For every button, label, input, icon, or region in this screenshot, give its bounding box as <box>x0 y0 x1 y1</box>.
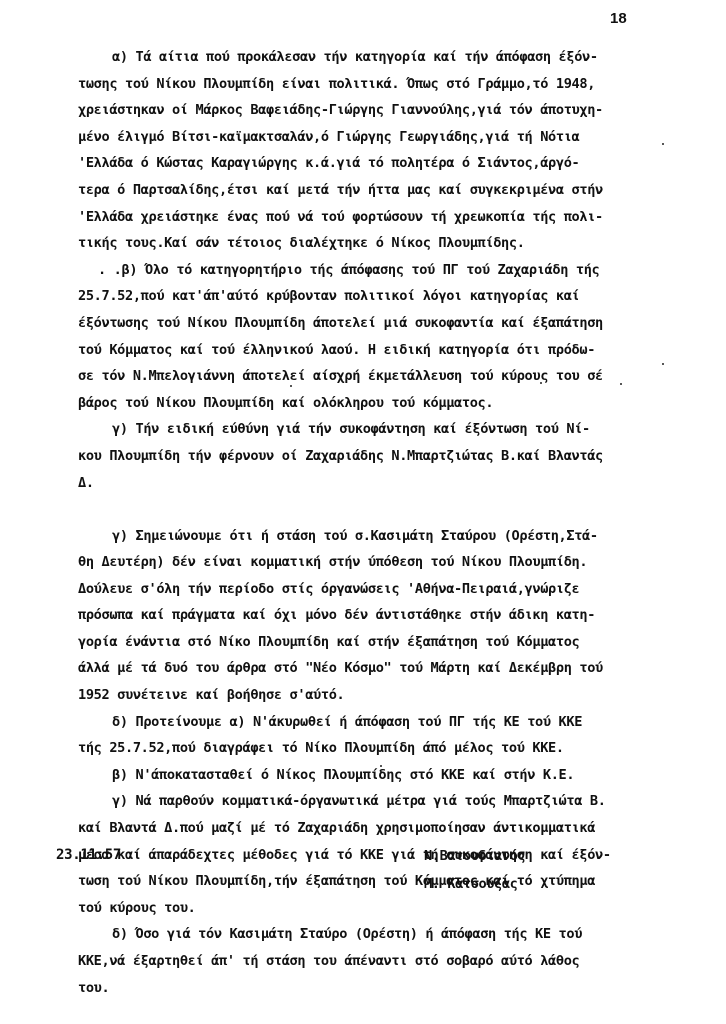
scan-speck <box>290 385 292 387</box>
text-line: γ) Σημειώνουμε ότι ή στάση τού σ.Κασιμάτ… <box>78 523 698 550</box>
text-line: του. <box>78 975 698 1002</box>
scan-speck <box>662 143 664 145</box>
scan-speck <box>380 765 382 767</box>
text-line: πρόσωπα καί πράγματα καί όχι μόνο δέν άν… <box>78 602 698 629</box>
text-line: 1952 συνέτεινε καί βοήθησε σ'αύτό. <box>78 682 698 709</box>
text-line: Δούλευε σ'όλη τήν περίοδο στίς όργανώσει… <box>78 576 698 603</box>
text-line: σε τόν Ν.Μπελογιάννη άποτελεί αίσχρή έκμ… <box>78 363 698 390</box>
signatory-1: Ν.Βατουδιανός <box>424 842 525 870</box>
text-line: άλλά μέ τά δυό του άρθρα στό "Νέο Κόσμο"… <box>78 655 698 682</box>
document-page: 18 α) Τά αίτια πού προκάλεσαν τήν κατηγο… <box>0 0 726 1024</box>
text-line: γ) Νά παρθούν κομματικά-όργανωτικά μέτρα… <box>78 788 698 815</box>
text-line: β) Ν'άποκατασταθεί ό Νίκος Πλουμπίδης στ… <box>78 762 698 789</box>
scan-speck <box>480 775 482 777</box>
document-date: 23.11.57 <box>56 847 121 863</box>
text-line: τωση τού Νίκου Πλουμπίδη,τήν έξαπάτηση τ… <box>78 868 698 895</box>
text-line: 'Ελλάδα χρειάστηκε ένας πού νά τού φορτώ… <box>78 204 698 231</box>
text-line: γορία ένάντια στό Νίκο Πλουμπίδη καί στή… <box>78 629 698 656</box>
text-line: γ) Τήν ειδική εύθύνη γιά τήν συκοφάντηση… <box>78 416 698 443</box>
scan-speck <box>620 383 622 385</box>
signatory-2: Μ. Κατσούζας <box>424 870 525 898</box>
text-line: τικής τους.Καί σάν τέτοιος διαλέχτηκε ό … <box>78 230 698 257</box>
text-line: Δ. <box>78 470 698 523</box>
text-line: βάρος τού Νίκου Πλουμπίδη καί ολόκληρου … <box>78 390 698 417</box>
text-line: ΚΚΕ,νά έξαρτηθεί άπ' τή στάση του άπέναν… <box>78 948 698 975</box>
page-number: 18 <box>610 10 627 27</box>
text-line: τής 25.7.52,πού διαγράφει τό Νίκο Πλουμπ… <box>78 735 698 762</box>
text-line: μέσα καί άπαράδεχτες μέθοδες γιά τό ΚΚΕ … <box>78 842 698 869</box>
text-line: 'Ελλάδα ό Κώστας Καραγιώργης κ.ά.γιά τό … <box>78 150 698 177</box>
text-line: 25.7.52,πού κατ'άπ'αύτό κρύβονταν πολιτι… <box>78 283 698 310</box>
text-line: τού Κόμματος καί τού έλληνικού λαού. Η ε… <box>78 337 698 364</box>
text-line: α) Τά αίτια πού προκάλεσαν τήν κατηγορία… <box>78 44 698 71</box>
text-line: δ) Προτείνουμε α) Ν'άκυρωθεί ή άπόφαση τ… <box>78 709 698 736</box>
signature-block: Ν.Βατουδιανός Μ. Κατσούζας <box>424 842 525 898</box>
text-line: καί Βλαντά Δ.πού μαζί μέ τό Ζαχαριάδη χρ… <box>78 815 698 842</box>
text-line: τού κύρους του. <box>78 895 698 922</box>
document-body: α) Τά αίτια πού προκάλεσαν τήν κατηγορία… <box>78 44 698 1001</box>
text-line: τερα ό Παρτσαλίδης,έτσι καί μετά τήν ήττ… <box>78 177 698 204</box>
text-line: δ) Όσο γιά τόν Κασιμάτη Σταύρο (Ορέστη) … <box>78 921 698 948</box>
text-line: χρειάστηκαν οί Μάρκος Βαφειάδης-Γιώργης … <box>78 97 698 124</box>
text-line: έξόντωσης τού Νίκου Πλουμπίδη άποτελεί μ… <box>78 310 698 337</box>
text-line: τωσης τού Νίκου Πλουμπίδη είναι πολιτικά… <box>78 71 698 98</box>
text-line: θη Δευτέρη) δέν είναι κομματική στήν ύπό… <box>78 549 698 576</box>
text-line: μένο έλιγμό Βίτσι-καϊμακτσαλάν,ό Γιώργης… <box>78 124 698 151</box>
scan-speck <box>540 382 542 384</box>
text-line: κου Πλουμπίδη τήν φέρνουν οί Ζαχαριάδης … <box>78 443 698 470</box>
scan-speck <box>662 363 664 365</box>
text-line: . .β) Όλο τό κατηγορητήριο τής άπόφασης … <box>78 257 698 284</box>
